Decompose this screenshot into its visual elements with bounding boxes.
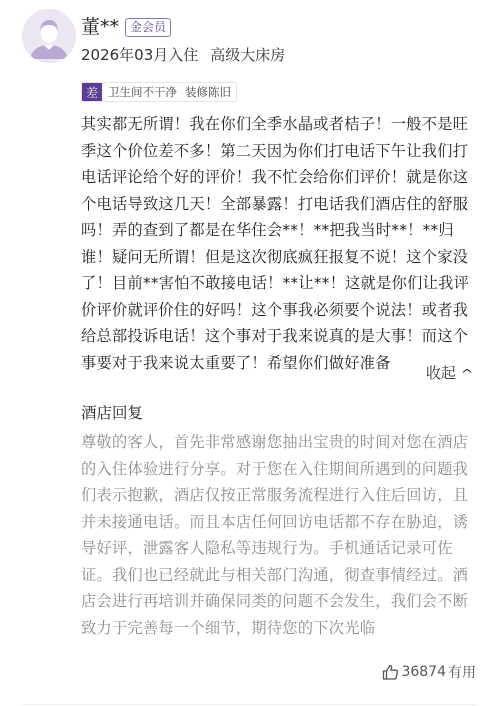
useful-count: 36874: [401, 664, 446, 680]
divider: [22, 704, 476, 705]
review-header: 董** 金会员 2026年03月入住 高级大床房: [81, 14, 285, 66]
tag-item: 装修陈旧: [185, 84, 231, 100]
member-badge: 金会员: [125, 18, 171, 37]
rating-tags: 差 卫生间不干净 装修陈旧: [81, 82, 237, 102]
collapse-label: 收起: [426, 362, 456, 383]
review-card: 董** 金会员 2026年03月入住 高级大床房 差 卫生间不干净 装修陈旧 其…: [0, 0, 498, 706]
default-user-avatar-icon: [22, 9, 76, 63]
room-type: 高级大床房: [210, 44, 285, 66]
useful-label: 有用: [448, 662, 476, 682]
user-name: 董**: [81, 14, 119, 40]
useful-button[interactable]: 36874 有用: [382, 662, 476, 682]
user-avatar[interactable]: [22, 9, 76, 63]
hotel-reply-title: 酒店回复: [81, 402, 143, 424]
hotel-reply-content: 尊敬的客人，首先非常感谢您抽出宝贵的时间对您在酒店的入住体验进行分享。对于您在入…: [81, 429, 481, 641]
stay-date: 2026年03月入住: [81, 44, 198, 66]
chevron-up-icon: ^: [460, 367, 473, 381]
thumbs-up-icon: [382, 664, 399, 680]
collapse-button[interactable]: 收起 ^: [426, 362, 472, 383]
review-content: 其实都无所谓！我在你们全季水晶或者桔子！一般不是旺季这个价位差不多！第二天因为你…: [81, 111, 481, 376]
rating-badge: 差: [82, 83, 102, 101]
tag-item: 卫生间不干净: [108, 84, 177, 100]
stay-info: 2026年03月入住 高级大床房: [81, 44, 285, 66]
